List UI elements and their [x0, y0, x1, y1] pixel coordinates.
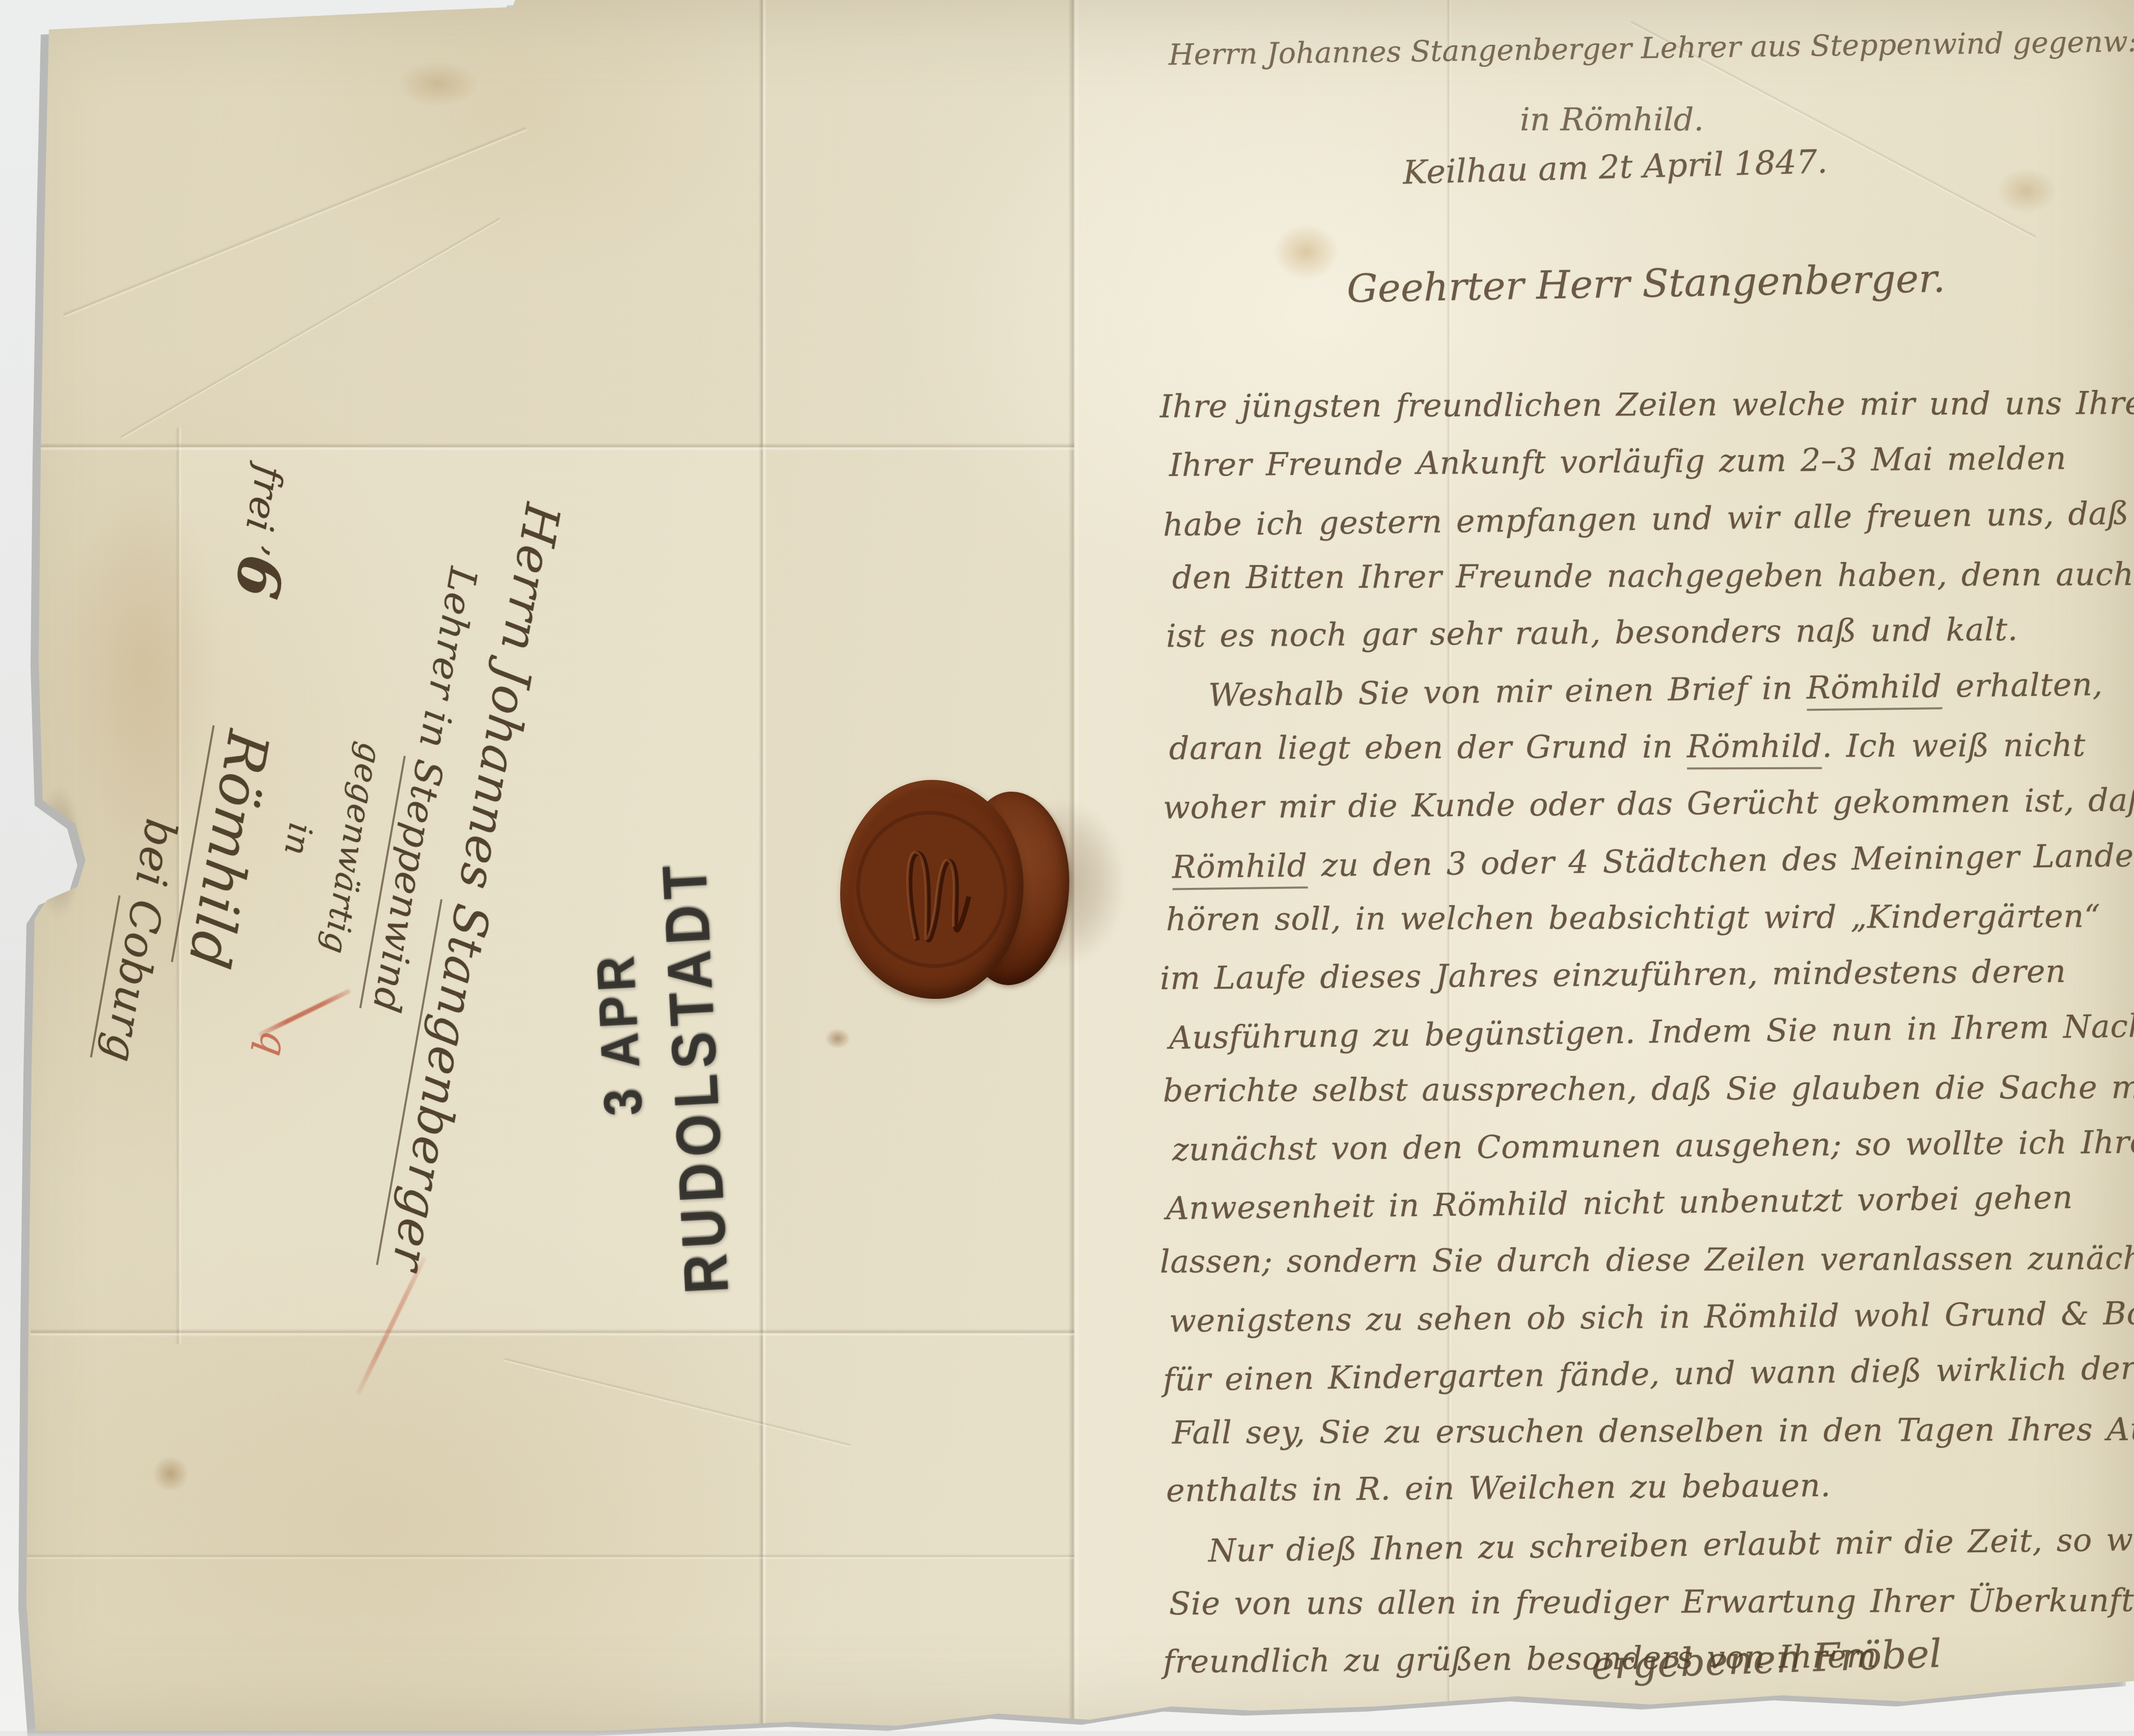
scan-vignette: [0, 0, 2134, 1731]
letter-paper: Herrn Johannes StangenbergerLehrer in St…: [0, 0, 2134, 1731]
scanned-letter-sheet: Herrn Johannes StangenbergerLehrer in St…: [0, 0, 2134, 1731]
